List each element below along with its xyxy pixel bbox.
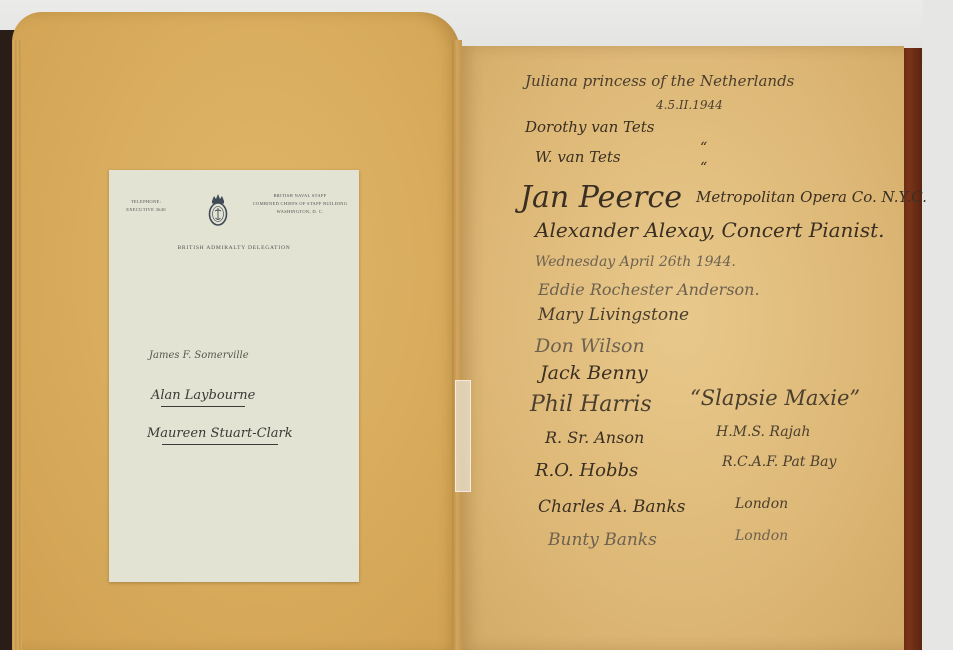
date-entry: Wednesday April 26th 1944. [535,254,736,270]
right-page [456,46,904,650]
signature: Maureen Stuart-Clark [147,426,293,441]
signature: Don Wilson [535,335,645,357]
ditto-mark: “ [700,160,707,176]
signature: Phil Harris [530,392,652,417]
signature: Mary Livingstone [538,305,689,325]
affiliation: R.C.A.F. Pat Bay [722,454,836,470]
photo-scene: Telephone: Executive 3640 British Naval … [0,0,953,650]
signature: Eddie Rochester Anderson. [538,280,760,299]
royal-crest-icon [207,192,229,228]
telephone-number: Executive 3640 [111,206,181,214]
letterhead-telephone: Telephone: Executive 3640 [111,198,181,214]
letterhead-address: British Naval Staff Combined Chiefs of S… [241,192,359,216]
signature: James F. Somerville [149,350,249,361]
telephone-label: Telephone: [111,198,181,206]
location: London [735,528,788,544]
book-gutter [452,40,462,650]
address-line: Combined Chiefs of Staff Building [241,200,359,208]
address-line: Washington, D. C. [241,208,359,216]
signature: R.O. Hobbs [535,460,638,481]
address-line: British Naval Staff [241,192,359,200]
page-edges [12,40,22,650]
signature: Jack Benny [540,362,648,384]
signature: Alan Laybourne [151,388,255,403]
signature: Alexander Alexay, Concert Pianist. [535,218,884,242]
location: London [735,496,788,512]
admiralty-letterhead: Telephone: Executive 3640 British Naval … [109,170,359,582]
signature: W. van Tets [535,148,621,166]
signature: Juliana princess of the Netherlands [525,72,794,90]
affiliation: Metropolitan Opera Co. N.Y.C. [696,188,927,206]
letterhead-title: BRITISH ADMIRALTY DELEGATION [109,245,359,251]
signature: Dorothy van Tets [525,118,654,136]
ditto-mark: “ [700,140,707,156]
signature: Bunty Banks [548,530,657,550]
signature: Charles A. Banks [538,497,686,517]
tape-strip [455,380,471,492]
signature: Jan Peerce [520,180,682,215]
signature: R. Sr. Anson [545,428,644,447]
date-entry: 4.5.II.1944 [656,98,723,112]
background-surface [923,0,953,650]
nickname: “Slapsie Maxie” [690,386,860,410]
affiliation: H.M.S. Rajah [716,424,810,440]
